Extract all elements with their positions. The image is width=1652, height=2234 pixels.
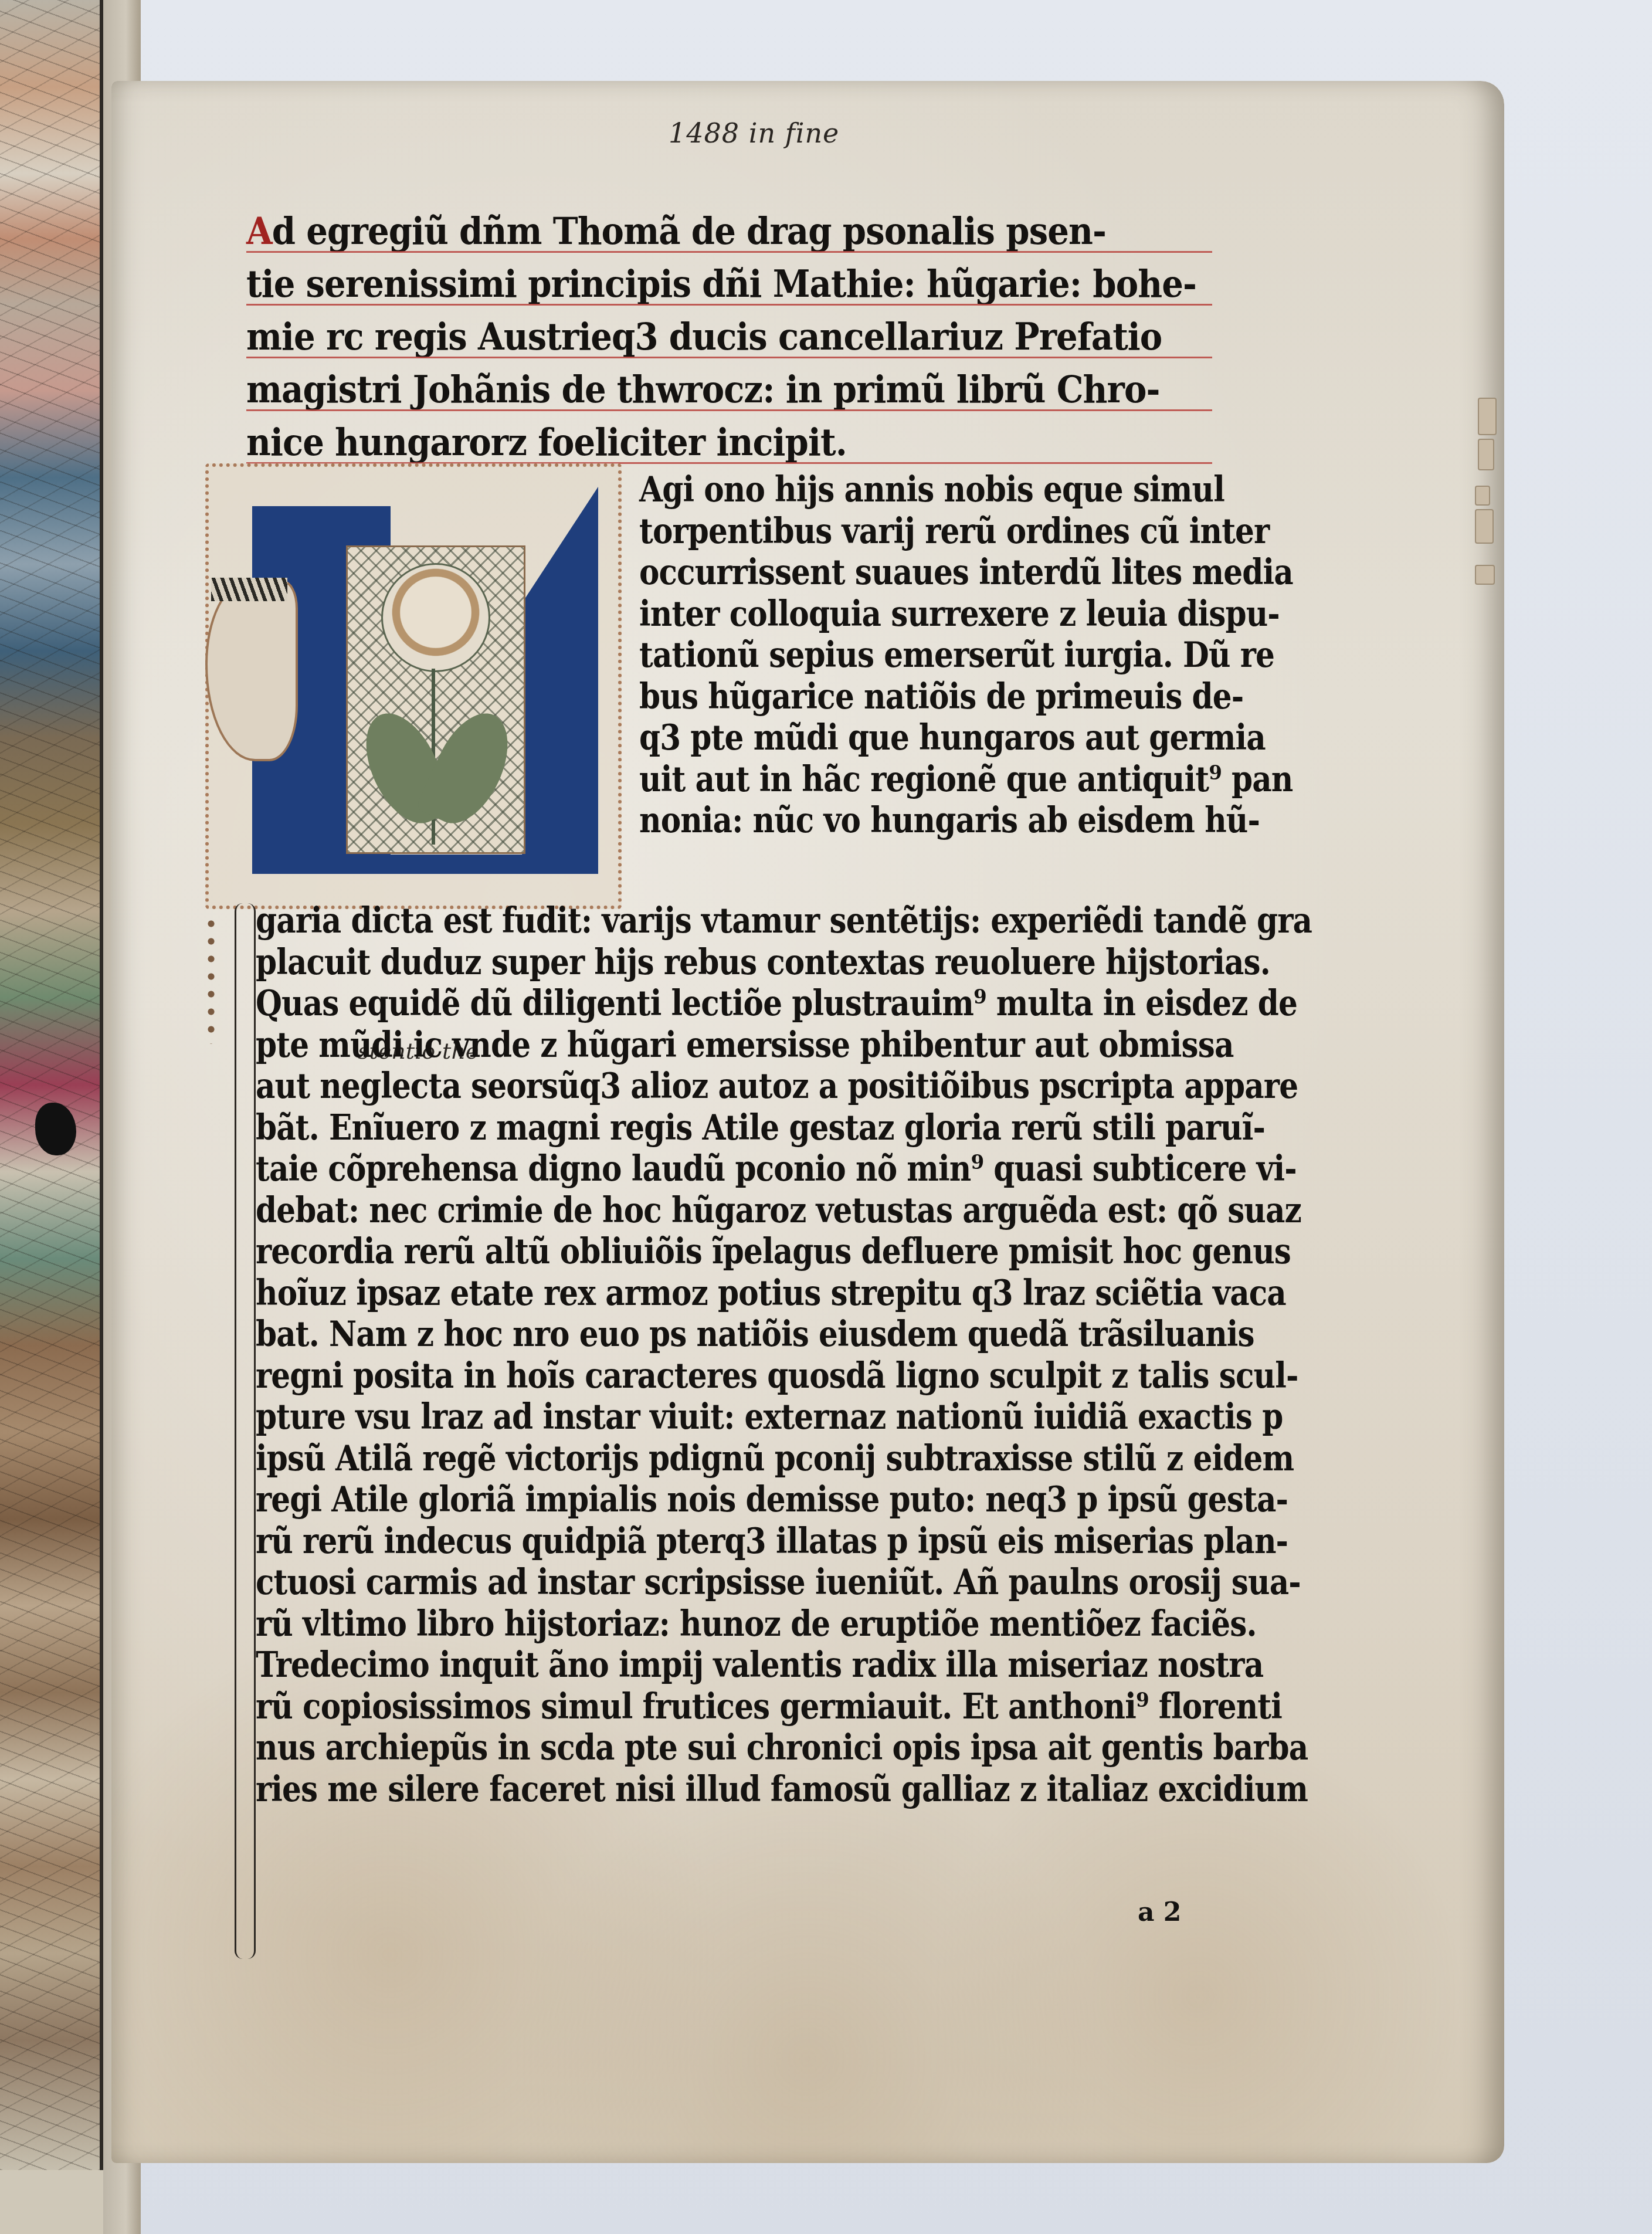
cap-icon <box>211 578 287 601</box>
text-line: uit aut in hãc regionẽ que antiquit⁹ pan <box>639 759 1194 801</box>
text-line: Agi ono hijs annis nobis eque simul <box>639 469 1194 511</box>
rubric-initial: A <box>246 209 272 253</box>
marginal-dots <box>199 915 223 1044</box>
heading-line: tie serenissimi principis dñi Mathie: hũ… <box>246 258 1170 311</box>
text-line: inter colloquia surrexere z leuia dispu- <box>639 594 1194 635</box>
text-line: nus archiepũs in scda pte sui chronici o… <box>256 1727 1144 1769</box>
text-line: debat: nec crimie de hoc hũgaroz vetusta… <box>256 1190 1144 1232</box>
decorated-initial-h <box>205 463 622 909</box>
heading-line: mie rc regis Austrieq3 ducis cancellariu… <box>246 311 1170 364</box>
rubricated-heading: Ad egregiũ dñm Thomã de drag psonalis ps… <box>246 205 1273 469</box>
leaf-fragment <box>1475 565 1495 585</box>
heading-line: Ad egregiũ dñm Thomã de drag psonalis ps… <box>246 205 1170 258</box>
text-line: Quas equidẽ dũ diligenti lectiõe plustra… <box>256 983 1144 1025</box>
text-line: garia dicta est fudit: varijs vtamur sen… <box>256 900 1144 942</box>
text-line: pture vsu lraz ad instar viuit: externaz… <box>256 1396 1144 1438</box>
text-line: recordia rerũ altũ obliuiõis ĩpelagus de… <box>256 1231 1144 1273</box>
heading-line: nice hungarorz foeliciter incipit. <box>246 416 1170 469</box>
text-line: q3 pte mũdi que hungaros aut germia <box>639 717 1194 759</box>
text-line: bus hũgarice natiõis de primeuis de- <box>639 676 1194 718</box>
text-line: Tredecimo inquit ãno impij valentis radi… <box>256 1645 1144 1686</box>
text-line: rũ vltimo libro hijstoriaz: hunoz de eru… <box>256 1604 1144 1645</box>
woodcut-illustration <box>0 0 103 2170</box>
leaf-fragment <box>1475 509 1494 544</box>
leaf-fragment <box>1478 439 1494 470</box>
text-line: rũ copiosissimos simul frutices germiaui… <box>256 1686 1144 1728</box>
text-line: taie cõprehensa digno laudũ pconio nõ mi… <box>256 1148 1144 1190</box>
handwritten-annotation: 1488 in fine <box>669 117 839 149</box>
heading-line: magistri Johãnis de thwrocz: in primũ li… <box>246 364 1170 416</box>
leaf-fragment <box>1478 398 1497 435</box>
text-line: ctuosi carmis ad instar scripsisse iueni… <box>256 1562 1144 1604</box>
leaf-fragment <box>1475 486 1490 506</box>
text-line: ipsũ Atilã regẽ victorijs pdignũ pconij … <box>256 1438 1144 1480</box>
text-line: placuit duduz super hijs rebus contextas… <box>256 942 1144 984</box>
signature-mark: a 2 <box>1138 1897 1181 1927</box>
text-line: ries me silere faceret nisi illud famosũ… <box>256 1769 1144 1811</box>
text-line: regni posita in hoĩs caracteres quosdã l… <box>256 1355 1144 1397</box>
text-line: nonia: nũc vo hungaris ab eisdem hũ- <box>639 800 1194 842</box>
text-line: pte mũdi ic vnde z hũgari emersisse phib… <box>256 1025 1144 1066</box>
text-line: bat. Nam z hoc nro euo ps natiõis eiusde… <box>256 1314 1144 1355</box>
body-text-beside-initial: Agi ono hijs annis nobis eque simul torp… <box>639 469 1284 842</box>
text-line: bãt. Enĩuero z magni regis Atile gestaz … <box>256 1107 1144 1149</box>
marginal-vine <box>235 903 256 1959</box>
text-line: regi Atile gloriã impialis nois demisse … <box>256 1479 1144 1521</box>
text-line: torpentibus varij rerũ ordines cũ inter <box>639 511 1194 552</box>
flower-icon <box>381 563 490 672</box>
text-line: aut neglecta seorsũq3 alioz autoz a posi… <box>256 1066 1144 1107</box>
text-line: hoĩuz ipsaz etate rex armoz potius strep… <box>256 1273 1144 1314</box>
body-text-full-width: garia dicta est fudit: varijs vtamur sen… <box>256 900 1288 1810</box>
text-line: occurrissent suaues interdũ lites media <box>639 552 1194 594</box>
text-line: rũ rerũ indecus quidpiã pterq3 illatas p… <box>256 1521 1144 1562</box>
text-line: tationũ sepius emerserũt iurgia. Dũ re <box>639 635 1194 676</box>
